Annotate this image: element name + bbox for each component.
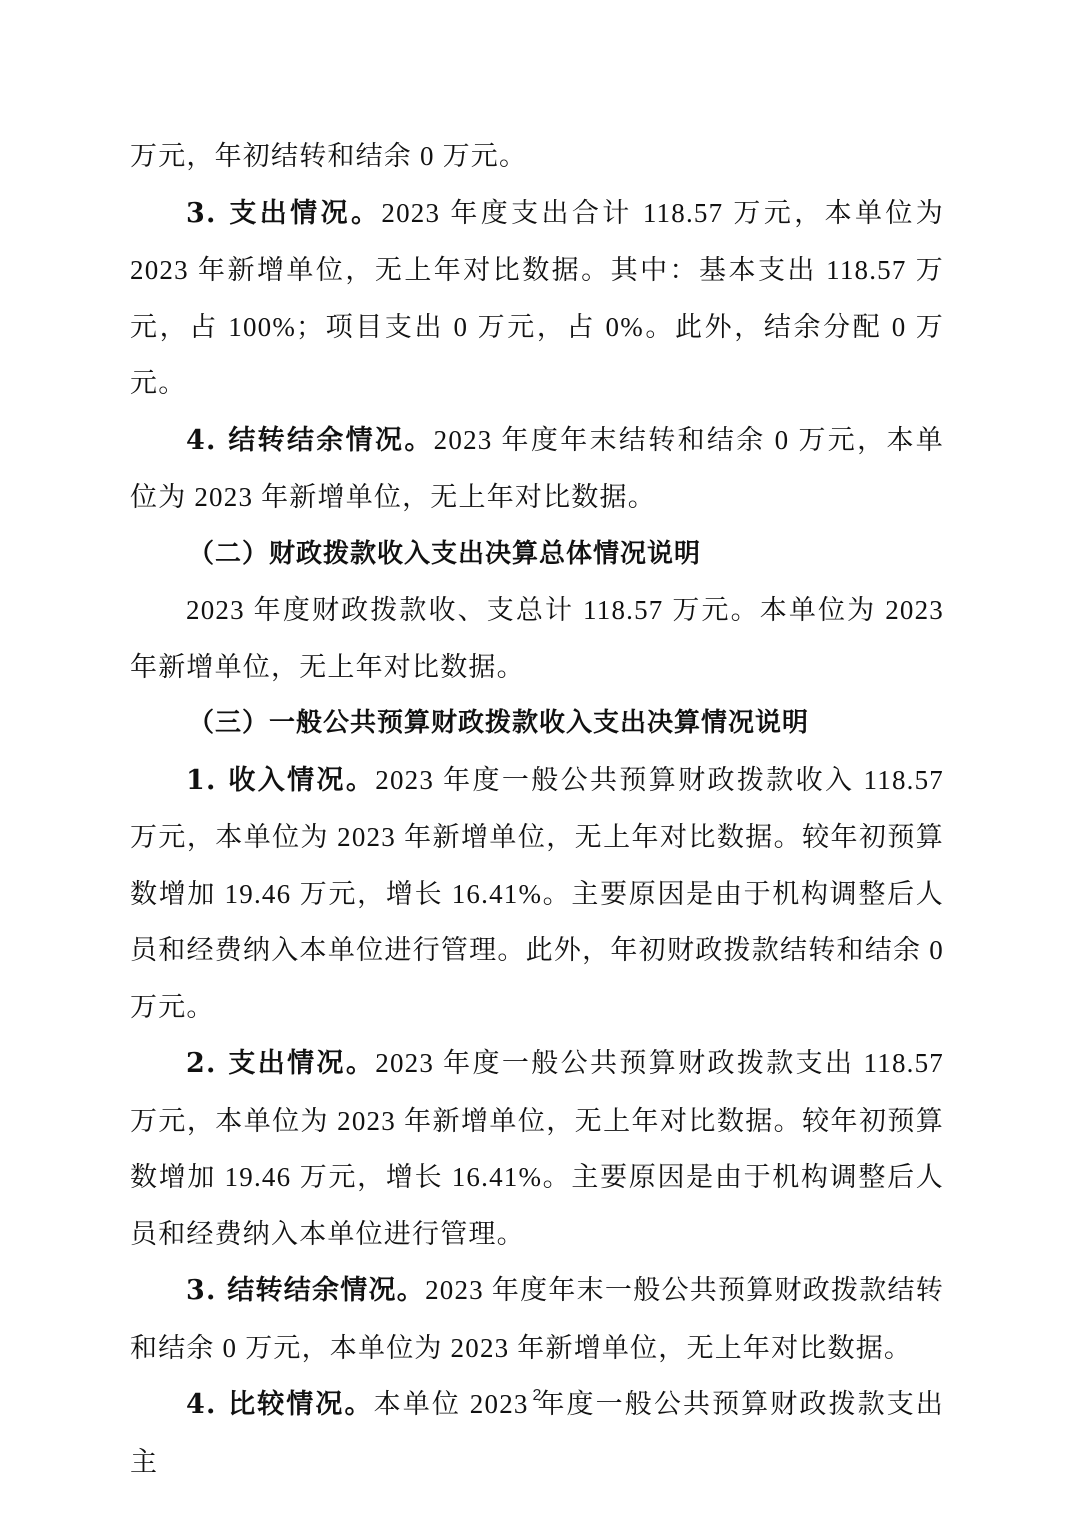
paragraph-carryover: 万元，年初结转和结余 0 万元。	[130, 128, 944, 185]
page-number: 2	[0, 1387, 1074, 1405]
paragraph-carryover-balance: 4. 结转结余情况。2023 年度年末结转和结余 0 万元，本单位为 2023 …	[130, 412, 944, 526]
paragraph-text: 万元，年初结转和结余 0 万元。	[130, 141, 527, 171]
paragraph-text: 2023 年度财政拨款收、支总计 118.57 万元。本单位为 2023 年新增…	[130, 595, 944, 682]
paragraph-general-carryover: 3. 结转结余情况。2023 年度年末一般公共预算财政拨款结转和结余 0 万元，…	[130, 1262, 944, 1376]
paragraph-lead: 4. 结转结余情况。	[186, 425, 434, 456]
paragraph-lead: 3. 结转结余情况。	[186, 1275, 425, 1306]
paragraph-lead: 1. 收入情况。	[186, 765, 375, 796]
paragraph-text: 2023 年度一般公共预算财政拨款收入 118.57 万元，本单位为 2023 …	[130, 765, 944, 1022]
section-heading-2: （二）财政拨款收入支出决算总体情况说明	[130, 526, 944, 583]
paragraph-fiscal-total: 2023 年度财政拨款收、支总计 118.57 万元。本单位为 2023 年新增…	[130, 582, 944, 695]
paragraph-income: 1. 收入情况。2023 年度一般公共预算财政拨款收入 118.57 万元，本单…	[130, 752, 944, 1036]
paragraph-lead: 2. 支出情况。	[186, 1048, 375, 1079]
document-page: 万元，年初结转和结余 0 万元。 3. 支出情况。2023 年度支出合计 118…	[130, 128, 944, 1490]
paragraph-general-expenditure: 2. 支出情况。2023 年度一般公共预算财政拨款支出 118.57 万元，本单…	[130, 1035, 944, 1262]
section-heading-3: （三）一般公共预算财政拨款收入支出决算情况说明	[130, 695, 944, 752]
paragraph-lead: 3. 支出情况。	[186, 198, 381, 229]
paragraph-expenditure: 3. 支出情况。2023 年度支出合计 118.57 万元，本单位为 2023 …	[130, 185, 944, 412]
